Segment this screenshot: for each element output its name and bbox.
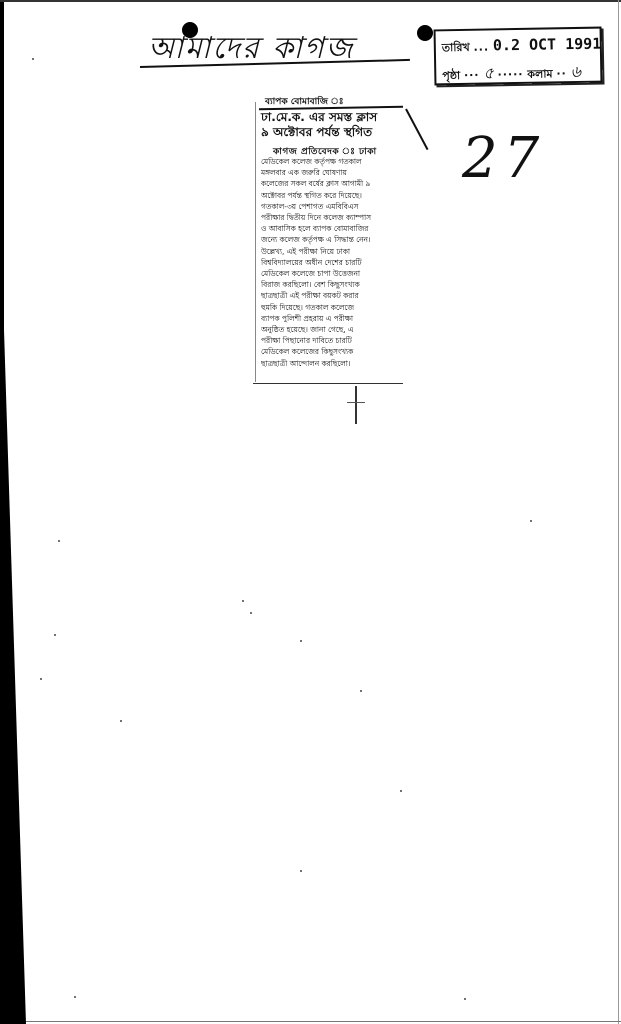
body-line: কলেজের সকল বর্ষের ক্লাস আগামী ৯: [261, 178, 397, 189]
stamp-page-row: পৃষ্ঠা ··· ৫ ····· কলাম ·· ৬: [442, 59, 581, 88]
body-line: মেডিকেল কলেজ কর্তৃপক্ষ গতকাল: [261, 156, 397, 167]
stamp-date-row: তারিখ ... 0.2 OCT 1991: [442, 35, 602, 59]
body-line: অনুষ্ঠিত হয়েছে। জানা গেছে, এ: [261, 324, 397, 335]
clipping-edge: [255, 102, 256, 382]
headline-line: ৯ অক্টোবর পর্যন্ত স্থগিত: [261, 125, 401, 140]
date-stamp: তারিখ ... 0.2 OCT 1991 পৃষ্ঠা ··· ৫ ····…: [434, 27, 603, 86]
body-line: মেডিকেল কলেজে চাপা উত্তেজনা: [261, 268, 397, 279]
scan-speck: [400, 790, 402, 792]
body-line: ব্যাপক পুলিশী প্রহরায় এ পরীক্ষা: [261, 313, 397, 324]
scan-speck: [300, 640, 302, 642]
scan-speck: [40, 678, 42, 680]
scan-border-bottom: [26, 1021, 621, 1022]
scan-speck: [74, 996, 76, 998]
stamp-page-label: পৃষ্ঠা: [442, 69, 460, 82]
body-line: উল্লেখ্য, এই পরীক্ষা নিয়ে ঢাকা: [261, 246, 397, 257]
clipping-bottom-rule: [253, 383, 403, 384]
stamp-dots: ··: [556, 67, 567, 80]
stamp-column-value: ৬: [570, 62, 581, 81]
stamp-dots: ···: [464, 69, 480, 82]
body-line: ও আবাসিক হলে ব্যাপক বোমাবাজির: [261, 223, 397, 234]
scan-speck: [54, 634, 56, 636]
newspaper-clipping: ব্যাপক বোমাবাজি ঃ ঢা.মে.ক. এর সমস্ত ক্লা…: [259, 94, 399, 394]
scan-speck: [464, 998, 466, 1000]
scan-speck: [242, 600, 244, 602]
scan-speck: [32, 58, 34, 60]
body-line: ছাত্রছাত্রী এই পরীক্ষা বয়কট করার: [261, 290, 397, 301]
scan-speck: [300, 870, 302, 872]
body-line: পরীক্ষার দ্বিতীয় দিনে কলেজ ক্যাম্পাস: [261, 212, 397, 223]
stamp-page-value: ৫: [483, 63, 494, 82]
clipping-cut-line: [405, 109, 428, 151]
scan-speck: [250, 612, 252, 614]
scan-speck: [58, 540, 60, 542]
headline-line: ঢা.মে.ক. এর সমস্ত ক্লাস: [261, 110, 401, 125]
scan-speck: [360, 690, 362, 692]
stamp-dots: ...: [473, 41, 489, 54]
scan-speck: [120, 720, 122, 722]
pencil-mark: [347, 402, 365, 403]
body-line: মঙ্গলবার এক জরুরি ঘোষণায়: [261, 167, 397, 178]
pencil-mark: [355, 386, 357, 424]
clipping-headline: ঢা.মে.ক. এর সমস্ত ক্লাস ৯ অক্টোবর পর্যন্…: [261, 110, 401, 140]
body-line: বিশ্ববিদ্যালয়ের অধীন দেশের চারটি: [261, 257, 397, 268]
stamp-dots: ·····: [498, 68, 524, 81]
body-line: ছাত্রছাত্রী আন্দোলন করছিলো।: [261, 358, 397, 369]
stamp-column-label: কলাম: [527, 67, 552, 80]
body-line: জন্যে কলেজ কর্তৃপক্ষ এ সিদ্ধান্ত নেন।: [261, 234, 397, 245]
clipping-body: মেডিকেল কলেজ কর্তৃপক্ষ গতকাল মঙ্গলবার এক…: [261, 156, 397, 369]
body-line: বিরাজ করছিলো। বেশ কিছুসংখ্যক: [261, 279, 397, 290]
scan-speck: [530, 520, 532, 522]
body-line: গতকাল-৩য় পেশাগত এমবিবিএস: [261, 201, 397, 212]
handwritten-page-number: 27: [462, 126, 545, 191]
stamp-date-label: তারিখ: [442, 41, 470, 54]
scan-border-right: [618, 0, 619, 1024]
body-line: মেডিকেল কলেজের কিছুসংখ্যক: [261, 346, 397, 357]
scan-border-top: [0, 0, 621, 2]
body-line: হুমকি দিয়েছে। গতকাল কলেজে: [261, 302, 397, 313]
body-line: পরীক্ষা পিছানোর দাবিতে চারটি: [261, 335, 397, 346]
stamp-date-value: 0.2 OCT 1991: [493, 35, 602, 55]
handwritten-newspaper-name: আমাদের কাগজ: [148, 24, 428, 64]
body-line: অক্টোবর পর্যন্ত স্থগিত করে দিয়েছে।: [261, 190, 397, 201]
scan-border-left: [0, 0, 30, 1024]
